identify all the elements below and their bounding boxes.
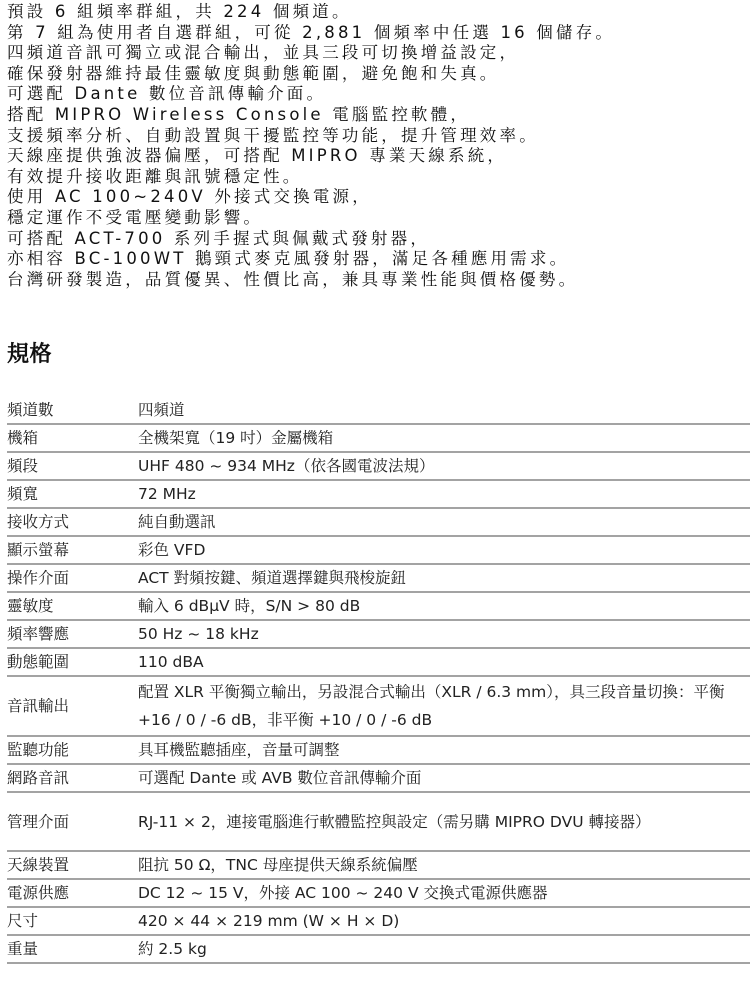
description-line: 可搭配 ACT-700 系列手握式與佩戴式發射器， <box>7 229 747 250</box>
spec-label: 動態範圍 <box>7 648 138 676</box>
spec-value: 配置 XLR 平衡獨立輸出，另設混合式輸出（XLR / 6.3 mm），具三段音… <box>138 676 750 736</box>
spec-row-diversity: 接收方式 純自動選訊 <box>7 508 750 536</box>
spec-row-frequency-response: 頻率響應 50 Hz ~ 18 kHz <box>7 620 750 648</box>
spec-label: 頻段 <box>7 452 138 480</box>
spec-label: 機箱 <box>7 424 138 452</box>
description-line: 搭配 MIPRO Wireless Console 電腦監控軟體， <box>7 105 747 126</box>
specs-table: 頻道數 四頻道 機箱 全機架寬（19 吋）金屬機箱 頻段 UHF 480 ~ 9… <box>7 397 750 964</box>
spec-label: 操作介面 <box>7 564 138 592</box>
spec-value: UHF 480 ~ 934 MHz（依各國電波法規） <box>138 452 750 480</box>
description-line: 亦相容 BC-100WT 鵝頸式麥克風發射器，滿足各種應用需求。 <box>7 249 747 270</box>
spec-value: ACT 對頻按鍵、頻道選擇鍵與飛梭旋鈕 <box>138 564 750 592</box>
spec-label: 頻道數 <box>7 397 138 424</box>
spec-label: 網路音訊 <box>7 764 138 792</box>
spec-row-dynamic-range: 動態範圍 110 dBA <box>7 648 750 676</box>
spec-value: 可選配 Dante 或 AVB 數位音訊傳輸介面 <box>138 764 750 792</box>
spec-label: 接收方式 <box>7 508 138 536</box>
spec-value: DC 12 ~ 15 V，外接 AC 100 ~ 240 V 交換式電源供應器 <box>138 879 750 907</box>
spec-row-channels: 頻道數 四頻道 <box>7 397 750 424</box>
spec-value: 輸入 6 dBμV 時，S/N > 80 dB <box>138 592 750 620</box>
spec-label: 靈敏度 <box>7 592 138 620</box>
spec-value: 72 MHz <box>138 480 750 508</box>
spec-value: 50 Hz ~ 18 kHz <box>138 620 750 648</box>
spec-row-monitoring: 監聽功能 具耳機監聽插座，音量可調整 <box>7 736 750 764</box>
spec-value: 具耳機監聽插座，音量可調整 <box>138 736 750 764</box>
spec-row-power-supply: 電源供應 DC 12 ~ 15 V，外接 AC 100 ~ 240 V 交換式電… <box>7 879 750 907</box>
spec-label: 頻率響應 <box>7 620 138 648</box>
spec-label: 頻寬 <box>7 480 138 508</box>
description-line: 天線座提供強波器偏壓，可搭配 MIPRO 專業天線系統， <box>7 146 747 167</box>
description-line: 第 7 組為使用者自選群組，可從 2,881 個頻率中任選 16 個儲存。 <box>7 23 747 44</box>
spec-row-frequency-band: 頻段 UHF 480 ~ 934 MHz（依各國電波法規） <box>7 452 750 480</box>
description-line: 確保發射器維持最佳靈敏度與動態範圍，避免飽和失真。 <box>7 64 747 85</box>
spec-value: RJ-11 × 2，連接電腦進行軟體監控與設定（需另購 MIPRO DVU 轉接… <box>138 792 750 851</box>
spec-value: 110 dBA <box>138 648 750 676</box>
spec-row-display: 顯示螢幕 彩色 VFD <box>7 536 750 564</box>
spec-label: 天線裝置 <box>7 851 138 879</box>
spec-label: 顯示螢幕 <box>7 536 138 564</box>
description-line: 台灣研發製造，品質優異、性價比高，兼具專業性能與價格優勢。 <box>7 270 747 291</box>
spec-row-management-interface: 管理介面 RJ-11 × 2，連接電腦進行軟體監控與設定（需另購 MIPRO D… <box>7 792 750 851</box>
description-line: 有效提升接收距離與訊號穩定性。 <box>7 167 747 188</box>
spec-row-controls: 操作介面 ACT 對頻按鍵、頻道選擇鍵與飛梭旋鈕 <box>7 564 750 592</box>
spec-row-antenna: 天線裝置 阻抗 50 Ω，TNC 母座提供天線系統偏壓 <box>7 851 750 879</box>
spec-value: 全機架寬（19 吋）金屬機箱 <box>138 424 750 452</box>
spec-row-dimensions: 尺寸 420 × 44 × 219 mm (W × H × D) <box>7 907 750 935</box>
spec-row-chassis: 機箱 全機架寬（19 吋）金屬機箱 <box>7 424 750 452</box>
spec-row-network-audio: 網路音訊 可選配 Dante 或 AVB 數位音訊傳輸介面 <box>7 764 750 792</box>
description-line: 穩定運作不受電壓變動影響。 <box>7 208 747 229</box>
spec-label: 音訊輸出 <box>7 676 138 736</box>
spec-value: 彩色 VFD <box>138 536 750 564</box>
description-line: 預設 6 組頻率群組，共 224 個頻道。 <box>7 2 747 23</box>
spec-row-audio-output: 音訊輸出 配置 XLR 平衡獨立輸出，另設混合式輸出（XLR / 6.3 mm）… <box>7 676 750 736</box>
spec-value: 阻抗 50 Ω，TNC 母座提供天線系統偏壓 <box>138 851 750 879</box>
spec-label: 管理介面 <box>7 792 138 851</box>
description-line: 使用 AC 100~240V 外接式交換電源， <box>7 187 747 208</box>
spec-label: 尺寸 <box>7 907 138 935</box>
description-line: 可選配 Dante 數位音訊傳輸介面。 <box>7 84 747 105</box>
spec-value: 純自動選訊 <box>138 508 750 536</box>
spec-label: 重量 <box>7 935 138 963</box>
spec-value: 420 × 44 × 219 mm (W × H × D) <box>138 907 750 935</box>
spec-row-sensitivity: 靈敏度 輸入 6 dBμV 時，S/N > 80 dB <box>7 592 750 620</box>
spec-value: 四頻道 <box>138 397 750 424</box>
spec-value: 約 2.5 kg <box>138 935 750 963</box>
spec-label: 監聽功能 <box>7 736 138 764</box>
spec-label: 電源供應 <box>7 879 138 907</box>
spec-row-weight: 重量 約 2.5 kg <box>7 935 750 963</box>
description-line: 四頻道音訊可獨立或混合輸出，並具三段可切換增益設定， <box>7 43 747 64</box>
product-description: 預設 6 組頻率群組，共 224 個頻道。 第 7 組為使用者自選群組，可從 2… <box>7 2 747 290</box>
spec-row-bandwidth: 頻寬 72 MHz <box>7 480 750 508</box>
specs-heading: 規格 <box>7 337 52 368</box>
description-line: 支援頻率分析、自動設置與干擾監控等功能，提升管理效率。 <box>7 126 747 147</box>
